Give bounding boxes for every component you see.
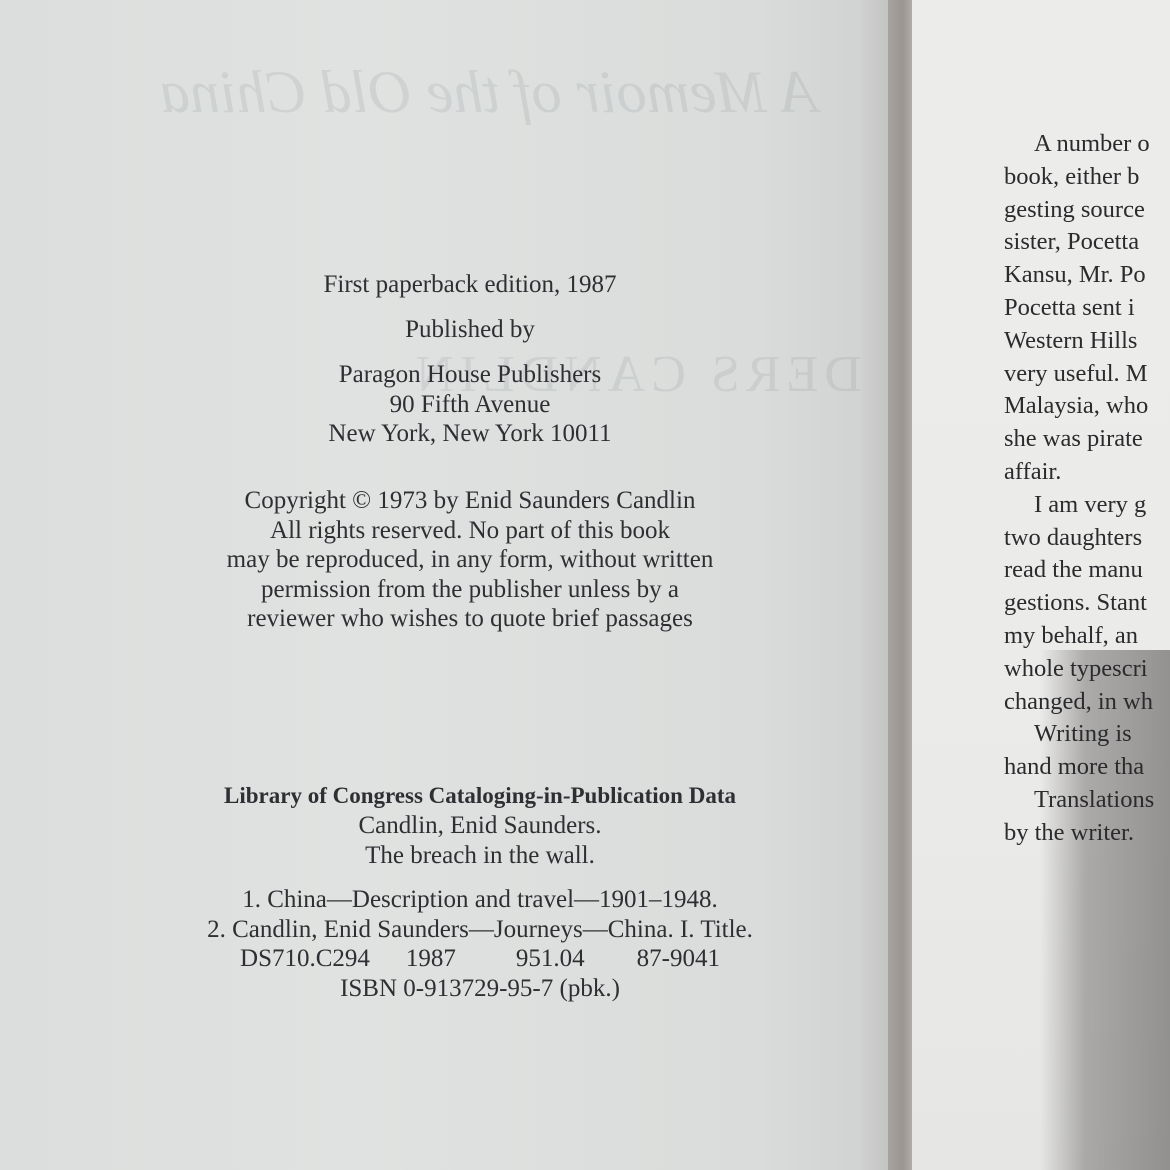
cip-classification: DS710.C294 1987 951.04 87-9041 <box>160 944 800 974</box>
text-line: read the manu <box>1004 554 1154 587</box>
text-line: gestions. Stant <box>1004 587 1154 620</box>
isbn: ISBN 0-913729-95-7 (pbk.) <box>160 974 800 1004</box>
text-line: book, either b <box>1004 161 1154 194</box>
text-line: Writing is <box>1004 718 1154 751</box>
copyright-line: reviewer who wishes to quote brief passa… <box>150 604 790 634</box>
edition-block: First paperback edition, 1987 Published … <box>150 270 790 449</box>
acknowledgments-text: A number obook, either bgesting sourcesi… <box>1004 128 1154 850</box>
copyright-line: may be reproduced, in any form, without … <box>150 545 790 575</box>
text-line: very useful. M <box>1004 358 1154 391</box>
text-line: hand more tha <box>1004 751 1154 784</box>
cip-data: Library of Congress Cataloging-in-Public… <box>160 781 800 1003</box>
text-line: I am very g <box>1004 489 1154 522</box>
text-line: two daughters <box>1004 522 1154 555</box>
copyright-line: permission from the publisher unless by … <box>150 575 790 605</box>
text-line: by the writer. <box>1004 817 1154 850</box>
text-line: Kansu, Mr. Po <box>1004 259 1154 292</box>
text-line: gesting source <box>1004 194 1154 227</box>
text-line: affair. <box>1004 456 1154 489</box>
cip-heading: Library of Congress Cataloging-in-Public… <box>160 781 800 811</box>
cip-author: Candlin, Enid Saunders. <box>160 811 800 841</box>
edition-line: First paperback edition, 1987 <box>150 270 790 300</box>
text-line: changed, in wh <box>1004 686 1154 719</box>
call-number: DS710.C294 <box>240 944 370 974</box>
copyright-line: All rights reserved. No part of this boo… <box>150 516 790 546</box>
lccn: 87-9041 <box>637 944 720 974</box>
publisher-name: Paragon House Publishers <box>150 360 790 390</box>
cip-year: 1987 <box>406 944 456 974</box>
cip-subject: 1. China—Description and travel—1901–194… <box>160 885 800 915</box>
text-line: Malaysia, who <box>1004 390 1154 423</box>
published-by-label: Published by <box>150 315 790 345</box>
copyright-notice: Copyright © 1973 by Enid Saunders Candli… <box>150 486 790 634</box>
show-through-title: A Memoir of the Old China <box>160 58 817 127</box>
publisher-street: 90 Fifth Avenue <box>150 390 790 420</box>
text-line: A number o <box>1004 128 1154 161</box>
cip-title: The breach in the wall. <box>160 841 800 871</box>
cip-subject: 2. Candlin, Enid Saunders—Journeys—China… <box>160 915 800 945</box>
publisher-address: Paragon House Publishers 90 Fifth Avenue… <box>150 360 790 449</box>
copyright-line: Copyright © 1973 by Enid Saunders Candli… <box>150 486 790 516</box>
text-line: Translations <box>1004 784 1154 817</box>
left-page-copyright: A Memoir of the Old China ENID SAUNDERS … <box>0 0 888 1170</box>
text-line: sister, Pocetta <box>1004 226 1154 259</box>
text-line: Western Hills <box>1004 325 1154 358</box>
book-gutter <box>888 0 912 1170</box>
publisher-city: New York, New York 10011 <box>150 419 790 449</box>
text-line: my behalf, an <box>1004 620 1154 653</box>
text-line: Pocetta sent i <box>1004 292 1154 325</box>
text-line: whole typescri <box>1004 653 1154 686</box>
page-edge-shadow <box>862 0 888 1170</box>
dewey-number: 951.04 <box>516 944 585 974</box>
text-line: she was pirate <box>1004 423 1154 456</box>
